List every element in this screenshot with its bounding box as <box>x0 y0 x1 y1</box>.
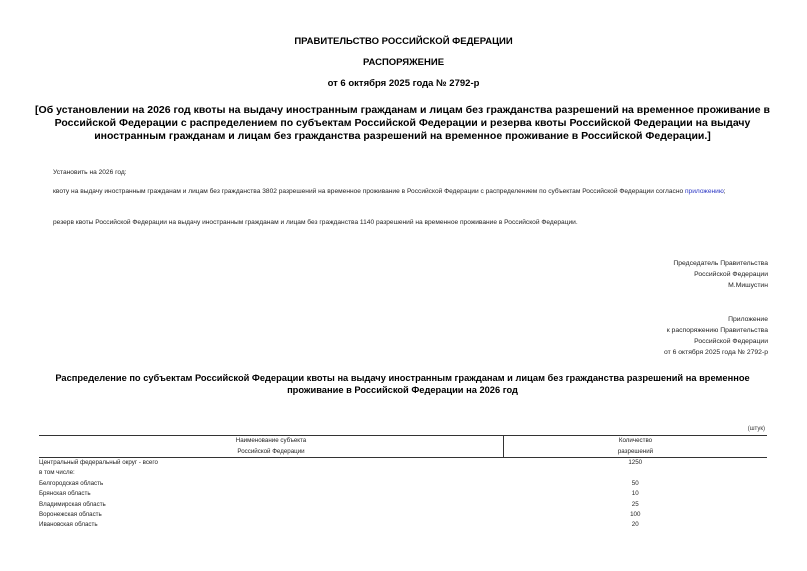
appendix-note: Приложение к распоряжению Правительства … <box>664 314 768 358</box>
permit-count-cell: 1250 <box>504 458 768 469</box>
permit-count-cell: 100 <box>504 510 768 520</box>
appendix-title: Распределение по субъектам Российской Фе… <box>30 372 775 396</box>
column-header-subject: Наименование субъекта Российской Федерац… <box>39 436 504 458</box>
subject-name-cell: Ивановская область <box>39 520 504 530</box>
appendix-link[interactable]: приложению <box>685 188 724 195</box>
column-header-count: Количество разрешений <box>504 436 768 458</box>
appendix-note-line4: от 6 октября 2025 года № 2792-р <box>664 347 768 358</box>
column-header-count-line1: Количество <box>504 436 767 447</box>
permit-count-cell: 20 <box>504 520 768 530</box>
signature-position-line1: Председатель Правительства <box>673 258 768 269</box>
appendix-note-line2: к распоряжению Правительства <box>664 325 768 336</box>
signature-name: М.Мишустин <box>673 280 768 291</box>
subject-name-cell: Центральный федеральный округ - всего <box>39 458 504 469</box>
table-row: Ивановская область20 <box>39 520 767 530</box>
column-header-count-line2: разрешений <box>504 447 767 458</box>
document-type: РАСПОРЯЖЕНИЕ <box>0 57 807 68</box>
table-row: Владимирская область25 <box>39 500 767 510</box>
subject-name-cell: Владимирская область <box>39 500 504 510</box>
table-header-row: Наименование субъекта Российской Федерац… <box>39 436 767 458</box>
table-row: Белгородская область50 <box>39 479 767 489</box>
quota-end: ; <box>724 188 726 195</box>
signature-block: Председатель Правительства Российской Фе… <box>673 258 768 291</box>
subject-name-cell: Воронежская область <box>39 510 504 520</box>
table-row: Брянская область10 <box>39 489 767 499</box>
quota-distribution-table: Наименование субъекта Российской Федерац… <box>39 435 767 531</box>
table-row: Центральный федеральный округ - всего125… <box>39 458 767 469</box>
subject-name-cell: Белгородская область <box>39 479 504 489</box>
column-header-subject-line1: Наименование субъекта <box>39 436 503 447</box>
document-date: от 6 октября 2025 года № 2792-р <box>0 78 807 89</box>
permit-count-cell <box>504 468 768 478</box>
subject-name-cell: в том числе: <box>39 468 504 478</box>
permit-count-cell: 50 <box>504 479 768 489</box>
paragraph-establish: Установить на 2026 год: <box>53 168 127 177</box>
government-title: ПРАВИТЕЛЬСТВО РОССИЙСКОЙ ФЕДЕРАЦИИ <box>0 36 807 47</box>
table-row: Воронежская область100 <box>39 510 767 520</box>
paragraph-reserve: резерв квоты Российской Федерации на выд… <box>53 218 578 227</box>
permit-count-cell: 10 <box>504 489 768 499</box>
signature-position-line2: Российской Федерации <box>673 269 768 280</box>
quota-text: квоту на выдачу иностранным гражданам и … <box>53 188 685 195</box>
appendix-note-line3: Российской Федерации <box>664 336 768 347</box>
subject-name-cell: Брянская область <box>39 489 504 499</box>
column-header-subject-line2: Российской Федерации <box>39 447 503 458</box>
permit-count-cell: 25 <box>504 500 768 510</box>
unit-label: (штук) <box>748 426 765 432</box>
appendix-note-line1: Приложение <box>664 314 768 325</box>
paragraph-quota: квоту на выдачу иностранным гражданам и … <box>38 187 766 196</box>
table-row: в том числе: <box>39 468 767 478</box>
document-subject: [Об установлении на 2026 год квоты на вы… <box>30 104 775 143</box>
